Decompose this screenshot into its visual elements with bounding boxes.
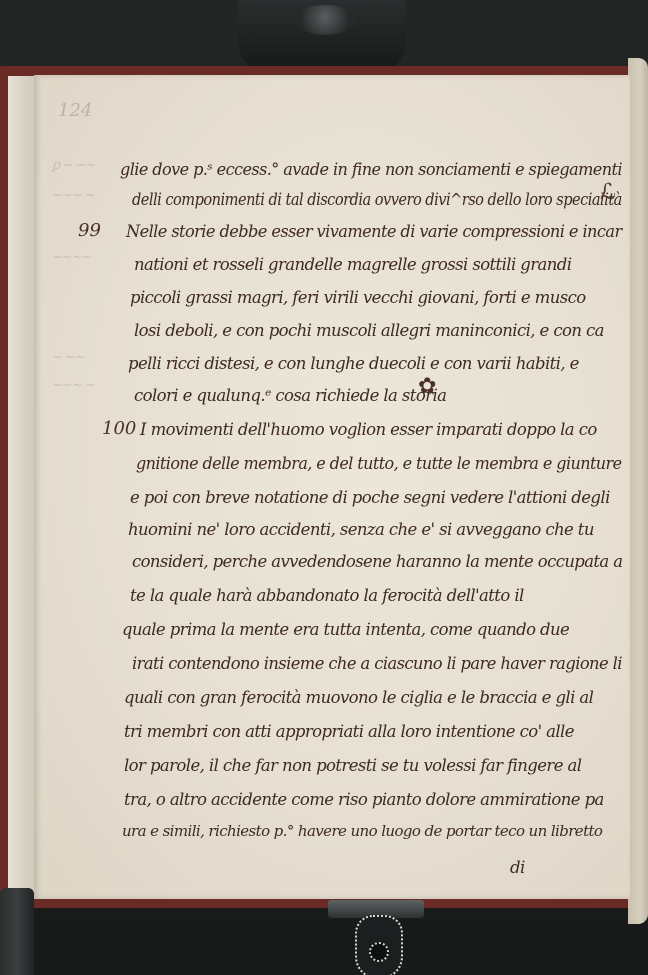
bleed-through-text: ~ ~~ bbox=[52, 350, 85, 365]
bleed-through-text: ~~~ ~ bbox=[52, 378, 95, 393]
flourish-ornament-icon: ℒ bbox=[600, 180, 616, 205]
manuscript-line: tra, o altro accidente come riso pianto … bbox=[124, 790, 604, 809]
manuscript-line: quali con gran ferocità muovono le cigli… bbox=[124, 688, 593, 707]
manuscript-line: nationi et rosseli grandelle magrelle gr… bbox=[134, 255, 571, 274]
manuscript-line: pelli ricci distesi, e con lunghe duecol… bbox=[128, 354, 579, 373]
manuscript-line: gnitione delle membra, e del tutto, e tu… bbox=[136, 454, 621, 473]
folio-number: 124 bbox=[58, 100, 92, 121]
manuscript-line: lor parole, il che far non potresti se t… bbox=[124, 756, 581, 775]
manuscript-line: delli componimenti di tal discordia ovve… bbox=[132, 190, 622, 209]
manuscript-line: glie dove p.ˢ eccess.° avade in fine non… bbox=[120, 160, 622, 179]
right-page-edge bbox=[628, 58, 648, 924]
manuscript-line: e poi con breve notatione di poche segni… bbox=[130, 488, 610, 507]
manuscript-line: irati contendono insieme che a ciascuno … bbox=[132, 654, 622, 673]
bleed-through-text: ~~~~ bbox=[52, 250, 92, 265]
manuscript-line: ura e simili, richiesto p.° havere uno l… bbox=[122, 822, 602, 840]
bleed-through-text: ~~~ ~ bbox=[52, 188, 95, 203]
manuscript-line: consideri, perche avvedendosene haranno … bbox=[132, 552, 622, 571]
manuscript-line: huomini ne' loro accidenti, senza che e'… bbox=[128, 520, 594, 539]
manuscript-line: te la quale harà abbandonato la ferocità… bbox=[130, 586, 524, 605]
flourish-ornament-icon: ✿ bbox=[418, 374, 436, 399]
paragraph-number-100: 100 bbox=[102, 418, 136, 439]
manuscript-line: Nelle storie debbe esser vivamente di va… bbox=[126, 222, 622, 241]
manuscript-line: I movimenti dell'huomo voglion esser imp… bbox=[140, 420, 597, 439]
bleed-through-text: ꝑ ~ ~~ bbox=[52, 158, 95, 173]
catchword: di bbox=[510, 858, 525, 877]
clamp-knob bbox=[295, 5, 355, 35]
manuscript-line: tri membri con atti appropriati alla lor… bbox=[124, 722, 574, 741]
paragraph-number-99: 99 bbox=[78, 220, 101, 241]
left-clamp bbox=[0, 888, 34, 975]
manuscript-line: piccoli grassi magri, feri virili vecchi… bbox=[130, 288, 586, 307]
manuscript-line: losi deboli, e con pochi muscoli allegri… bbox=[134, 321, 604, 340]
clamp-hole bbox=[369, 942, 389, 962]
manuscript-line: quale prima la mente era tutta intenta, … bbox=[122, 620, 569, 639]
manuscript-line: colori e qualunq.ᵉ cosa richiede la stor… bbox=[134, 386, 446, 405]
